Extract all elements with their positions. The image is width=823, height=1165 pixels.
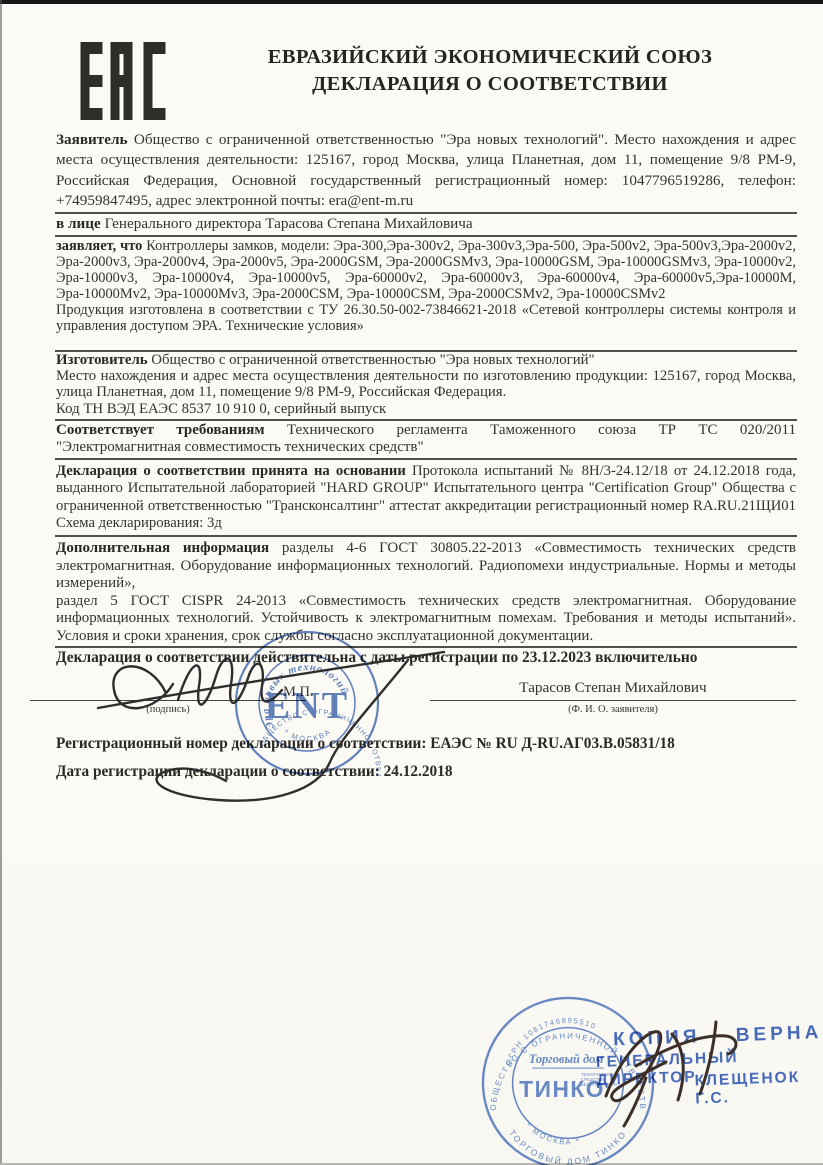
title-line-declaration: ДЕКЛАРАЦИЯ О СООТВЕТСТВИИ	[180, 71, 800, 98]
basis-section: Декларация о соответствии принята на осн…	[56, 463, 796, 532]
fio-line	[430, 700, 796, 701]
compliance-label: Соответствует требованиям	[56, 422, 265, 438]
tnved-code: Код ТН ВЭД ЕАЭС 8537 10 910 0, серийный …	[56, 401, 796, 417]
scan-top-edge	[0, 0, 823, 4]
manufacturer-text: Общество с ограниченной ответственностью…	[151, 352, 594, 368]
declares-section: заявляет, что Контроллеры замков, модели…	[56, 238, 796, 334]
representative-label: в лице	[56, 215, 101, 232]
scan-left-edge	[0, 0, 2, 1165]
product-made-text: Продукция изготовлена в соответствии с Т…	[56, 302, 796, 334]
representative-row: в лице Генерального директора Тарасова С…	[56, 214, 796, 233]
applicant-signature	[78, 638, 468, 813]
title-line-union: ЕВРАЗИЙСКИЙ ЭКОНОМИЧЕСКИЙ СОЮЗ	[180, 44, 800, 71]
declares-label: заявляет, что	[56, 238, 142, 254]
manufacturer-section: Изготовитель Общество с ограниченной отв…	[56, 352, 796, 417]
fio-caption: (Ф. И. О. заявителя)	[430, 704, 796, 715]
director-signature	[588, 1008, 753, 1128]
basis-label: Декларация о соответствии принята на осн…	[56, 463, 406, 479]
compliance-text: Технического регламента Таможенного союз…	[287, 422, 796, 438]
manufacturer-address: Место нахождения и адрес места осуществл…	[56, 368, 796, 400]
applicant-text: Общество с ограниченной ответственностью…	[56, 131, 796, 209]
tinko-moscow: * МОСКВА *	[524, 1121, 582, 1147]
divider	[55, 458, 797, 460]
applicant-label: Заявитель	[56, 131, 128, 148]
manufacturer-label: Изготовитель	[56, 352, 148, 368]
compliance-section: Соответствует требованиям Технического р…	[56, 422, 796, 456]
divider	[55, 235, 797, 237]
additional-info-section: Дополнительная информация разделы 4-6 ГО…	[56, 540, 796, 646]
declaration-document-page: ЕВРАЗИЙСКИЙ ЭКОНОМИЧЕСКИЙ СОЮЗ ДЕКЛАРАЦИ…	[0, 0, 823, 1165]
additional-label: Дополнительная информация	[56, 540, 269, 556]
divider	[55, 535, 797, 537]
applicant-fio: Тарасов Степан Михайлович	[430, 679, 796, 697]
representative-text: Генерального директора Тарасова Степана …	[105, 215, 473, 232]
eac-logo-icon	[80, 42, 166, 120]
declares-models: Контроллеры замков, модели: Эра-300,Эра-…	[56, 238, 796, 302]
document-title: ЕВРАЗИЙСКИЙ ЭКОНОМИЧЕСКИЙ СОЮЗ ДЕКЛАРАЦИ…	[180, 44, 800, 98]
divider	[55, 419, 797, 421]
applicant-section: Заявитель Общество с ограниченной ответс…	[56, 130, 796, 212]
compliance-text2: "Электромагнитная совместимость техничес…	[56, 439, 796, 456]
